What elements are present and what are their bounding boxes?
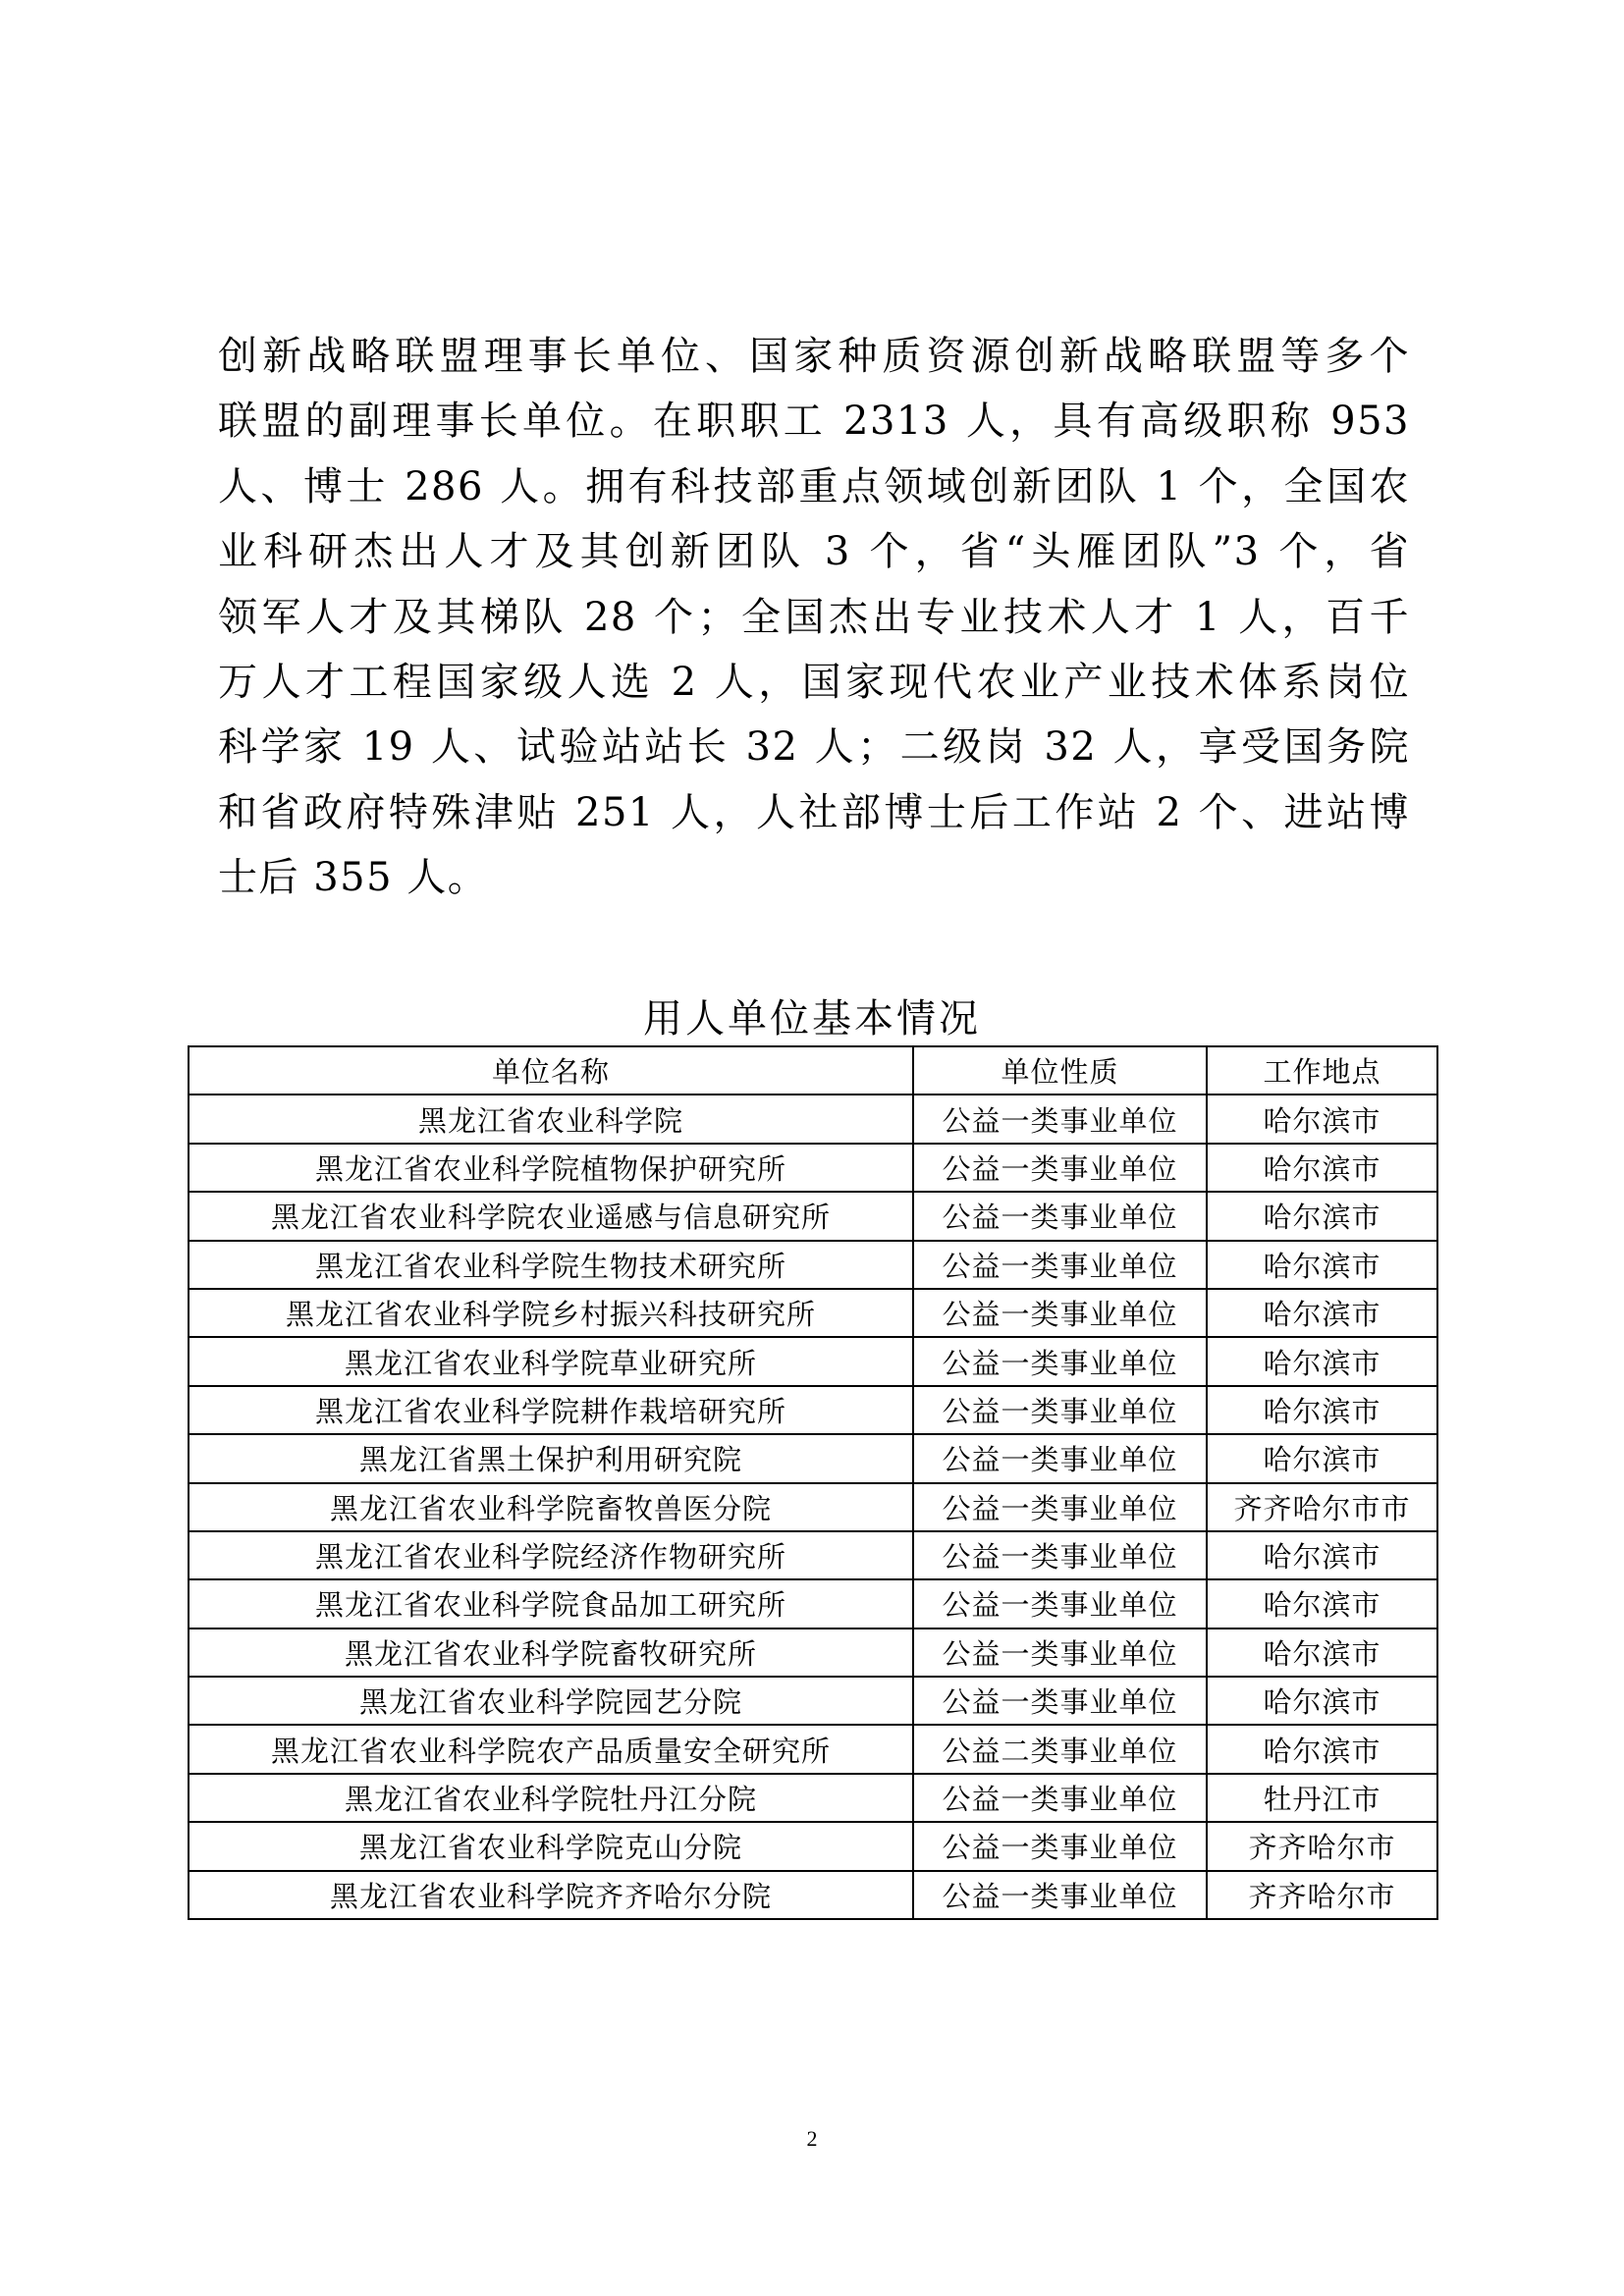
header-unit-name: 单位名称 bbox=[189, 1046, 913, 1095]
work-location-cell: 哈尔滨市 bbox=[1207, 1434, 1437, 1482]
employer-units-table: 单位名称 单位性质 工作地点 黑龙江省农业科学院公益一类事业单位哈尔滨市黑龙江省… bbox=[188, 1045, 1438, 1920]
table-row: 黑龙江省农业科学院牡丹江分院公益一类事业单位牡丹江市 bbox=[189, 1774, 1437, 1822]
unit-type-cell: 公益一类事业单位 bbox=[913, 1579, 1207, 1628]
work-location-cell: 齐齐哈尔市 bbox=[1207, 1822, 1437, 1870]
table-row: 黑龙江省农业科学院园艺分院公益一类事业单位哈尔滨市 bbox=[189, 1677, 1437, 1725]
unit-name-cell: 黑龙江省农业科学院生物技术研究所 bbox=[189, 1241, 913, 1289]
header-unit-type: 单位性质 bbox=[913, 1046, 1207, 1095]
unit-type-cell: 公益二类事业单位 bbox=[913, 1725, 1207, 1773]
table-row: 黑龙江省农业科学院生物技术研究所公益一类事业单位哈尔滨市 bbox=[189, 1241, 1437, 1289]
unit-name-cell: 黑龙江省农业科学院园艺分院 bbox=[189, 1677, 913, 1725]
unit-name-cell: 黑龙江省农业科学院经济作物研究所 bbox=[189, 1531, 913, 1579]
unit-name-cell: 黑龙江省农业科学院畜牧研究所 bbox=[189, 1629, 913, 1677]
work-location-cell: 哈尔滨市 bbox=[1207, 1337, 1437, 1385]
unit-name-cell: 黑龙江省农业科学院农产品质量安全研究所 bbox=[189, 1725, 913, 1773]
table-row: 黑龙江省农业科学院畜牧研究所公益一类事业单位哈尔滨市 bbox=[189, 1629, 1437, 1677]
work-location-cell: 牡丹江市 bbox=[1207, 1774, 1437, 1822]
unit-name-cell: 黑龙江省农业科学院克山分院 bbox=[189, 1822, 913, 1870]
work-location-cell: 哈尔滨市 bbox=[1207, 1192, 1437, 1240]
unit-name-cell: 黑龙江省农业科学院乡村振兴科技研究所 bbox=[189, 1289, 913, 1337]
table-row: 黑龙江省农业科学院耕作栽培研究所公益一类事业单位哈尔滨市 bbox=[189, 1386, 1437, 1434]
unit-type-cell: 公益一类事业单位 bbox=[913, 1241, 1207, 1289]
paragraph-line: 科学家 19 人、试验站站长 32 人；二级岗 32 人，享受国务院 bbox=[218, 715, 1410, 779]
unit-type-cell: 公益一类事业单位 bbox=[913, 1095, 1207, 1143]
work-location-cell: 哈尔滨市 bbox=[1207, 1725, 1437, 1773]
unit-type-cell: 公益一类事业单位 bbox=[913, 1434, 1207, 1482]
unit-type-cell: 公益一类事业单位 bbox=[913, 1629, 1207, 1677]
unit-name-cell: 黑龙江省农业科学院农业遥感与信息研究所 bbox=[189, 1192, 913, 1240]
unit-type-cell: 公益一类事业单位 bbox=[913, 1289, 1207, 1337]
unit-name-cell: 黑龙江省农业科学院 bbox=[189, 1095, 913, 1143]
unit-name-cell: 黑龙江省农业科学院齐齐哈尔分院 bbox=[189, 1871, 913, 1919]
paragraph-line: 万人才工程国家级人选 2 人，国家现代农业产业技术体系岗位 bbox=[218, 650, 1410, 715]
table-row: 黑龙江省农业科学院公益一类事业单位哈尔滨市 bbox=[189, 1095, 1437, 1143]
table-row: 黑龙江省农业科学院草业研究所公益一类事业单位哈尔滨市 bbox=[189, 1337, 1437, 1385]
unit-type-cell: 公益一类事业单位 bbox=[913, 1337, 1207, 1385]
table-row: 黑龙江省农业科学院食品加工研究所公益一类事业单位哈尔滨市 bbox=[189, 1579, 1437, 1628]
table-title: 用人单位基本情况 bbox=[0, 988, 1624, 1043]
unit-type-cell: 公益一类事业单位 bbox=[913, 1144, 1207, 1192]
unit-name-cell: 黑龙江省农业科学院草业研究所 bbox=[189, 1337, 913, 1385]
table-row: 黑龙江省农业科学院农产品质量安全研究所公益二类事业单位哈尔滨市 bbox=[189, 1725, 1437, 1773]
work-location-cell: 齐齐哈尔市市 bbox=[1207, 1483, 1437, 1531]
unit-type-cell: 公益一类事业单位 bbox=[913, 1677, 1207, 1725]
table-row: 黑龙江省农业科学院农业遥感与信息研究所公益一类事业单位哈尔滨市 bbox=[189, 1192, 1437, 1240]
work-location-cell: 哈尔滨市 bbox=[1207, 1144, 1437, 1192]
work-location-cell: 哈尔滨市 bbox=[1207, 1289, 1437, 1337]
unit-type-cell: 公益一类事业单位 bbox=[913, 1386, 1207, 1434]
unit-type-cell: 公益一类事业单位 bbox=[913, 1531, 1207, 1579]
unit-name-cell: 黑龙江省黑土保护利用研究院 bbox=[189, 1434, 913, 1482]
table-row: 黑龙江省农业科学院克山分院公益一类事业单位齐齐哈尔市 bbox=[189, 1822, 1437, 1870]
unit-type-cell: 公益一类事业单位 bbox=[913, 1822, 1207, 1870]
paragraph-line: 领军人才及其梯队 28 个；全国杰出专业技术人才 1 人，百千 bbox=[218, 585, 1410, 650]
header-work-location: 工作地点 bbox=[1207, 1046, 1437, 1095]
work-location-cell: 哈尔滨市 bbox=[1207, 1095, 1437, 1143]
table-row: 黑龙江省黑土保护利用研究院公益一类事业单位哈尔滨市 bbox=[189, 1434, 1437, 1482]
unit-name-cell: 黑龙江省农业科学院植物保护研究所 bbox=[189, 1144, 913, 1192]
unit-name-cell: 黑龙江省农业科学院食品加工研究所 bbox=[189, 1579, 913, 1628]
work-location-cell: 哈尔滨市 bbox=[1207, 1386, 1437, 1434]
unit-type-cell: 公益一类事业单位 bbox=[913, 1192, 1207, 1240]
table-row: 黑龙江省农业科学院齐齐哈尔分院公益一类事业单位齐齐哈尔市 bbox=[189, 1871, 1437, 1919]
work-location-cell: 哈尔滨市 bbox=[1207, 1677, 1437, 1725]
table-row: 黑龙江省农业科学院植物保护研究所公益一类事业单位哈尔滨市 bbox=[189, 1144, 1437, 1192]
paragraph-line: 和省政府特殊津贴 251 人，人社部博士后工作站 2 个、进站博 bbox=[218, 780, 1410, 845]
paragraph-line: 业科研杰出人才及其创新团队 3 个，省“头雁团队”3 个，省 bbox=[218, 519, 1410, 584]
unit-type-cell: 公益一类事业单位 bbox=[913, 1871, 1207, 1919]
table-row: 黑龙江省农业科学院乡村振兴科技研究所公益一类事业单位哈尔滨市 bbox=[189, 1289, 1437, 1337]
work-location-cell: 哈尔滨市 bbox=[1207, 1241, 1437, 1289]
paragraph-line: 联盟的副理事长单位。在职职工 2313 人，具有高级职称 953 bbox=[218, 389, 1410, 454]
table-header-row: 单位名称 单位性质 工作地点 bbox=[189, 1046, 1437, 1095]
paragraph-line: 创新战略联盟理事长单位、国家种质资源创新战略联盟等多个 bbox=[218, 324, 1410, 389]
work-location-cell: 哈尔滨市 bbox=[1207, 1579, 1437, 1628]
page-number: 2 bbox=[0, 2126, 1624, 2152]
unit-name-cell: 黑龙江省农业科学院耕作栽培研究所 bbox=[189, 1386, 913, 1434]
body-paragraph: 创新战略联盟理事长单位、国家种质资源创新战略联盟等多个 联盟的副理事长单位。在职… bbox=[218, 324, 1410, 911]
unit-type-cell: 公益一类事业单位 bbox=[913, 1483, 1207, 1531]
table-row: 黑龙江省农业科学院经济作物研究所公益一类事业单位哈尔滨市 bbox=[189, 1531, 1437, 1579]
unit-type-cell: 公益一类事业单位 bbox=[913, 1774, 1207, 1822]
work-location-cell: 哈尔滨市 bbox=[1207, 1629, 1437, 1677]
work-location-cell: 哈尔滨市 bbox=[1207, 1531, 1437, 1579]
unit-name-cell: 黑龙江省农业科学院牡丹江分院 bbox=[189, 1774, 913, 1822]
unit-name-cell: 黑龙江省农业科学院畜牧兽医分院 bbox=[189, 1483, 913, 1531]
table-row: 黑龙江省农业科学院畜牧兽医分院公益一类事业单位齐齐哈尔市市 bbox=[189, 1483, 1437, 1531]
paragraph-line: 士后 355 人。 bbox=[218, 845, 1410, 910]
paragraph-line: 人、博士 286 人。拥有科技部重点领域创新团队 1 个，全国农 bbox=[218, 454, 1410, 519]
work-location-cell: 齐齐哈尔市 bbox=[1207, 1871, 1437, 1919]
